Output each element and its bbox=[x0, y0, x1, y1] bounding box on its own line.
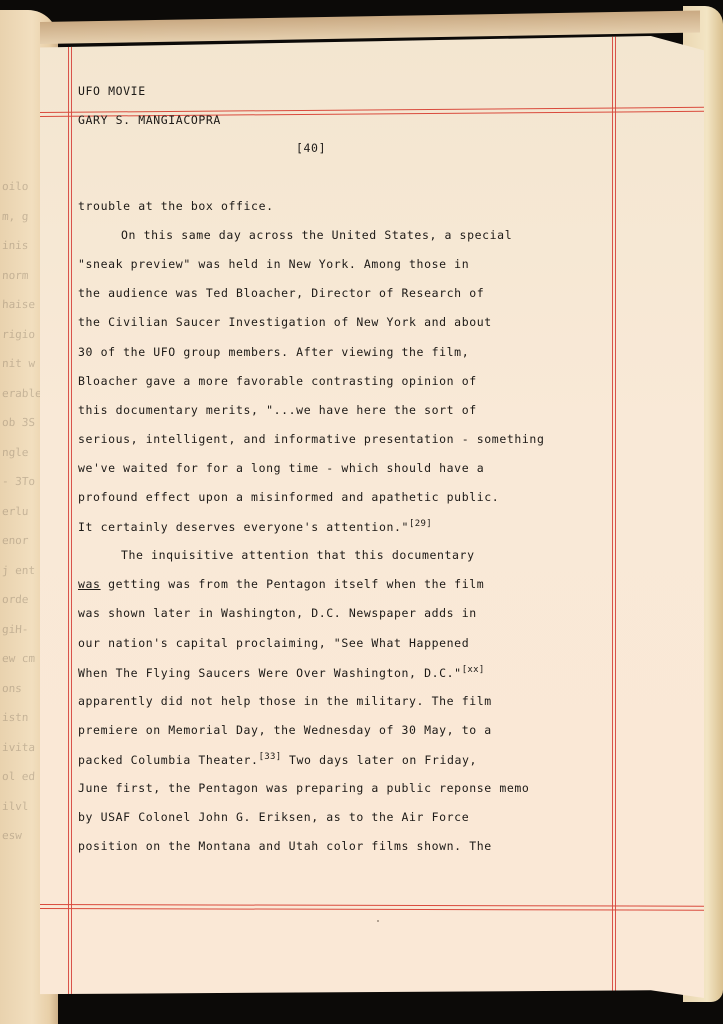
bleed-through-text: giH- bbox=[2, 623, 29, 636]
line-text: we've waited for for a long time - which… bbox=[78, 461, 484, 475]
text-line: apparently did not help those in the mil… bbox=[78, 694, 492, 708]
line-text: When The Flying Saucers Were Over Washin… bbox=[78, 666, 462, 680]
line-text: serious, intelligent, and informative pr… bbox=[78, 432, 544, 446]
text-line: our nation's capital proclaiming, "See W… bbox=[78, 636, 469, 650]
line-text: apparently did not help those in the mil… bbox=[78, 694, 492, 708]
book-photo: oilom, ginisnormhaiserigionit werableob … bbox=[0, 0, 723, 1024]
bleed-through-text: ob 3S bbox=[2, 416, 36, 429]
line-text: getting was from the Pentagon itself whe… bbox=[101, 577, 485, 591]
line-text: this documentary merits, "...we have her… bbox=[78, 403, 477, 417]
text-line: It certainly deserves everyone's attenti… bbox=[78, 519, 432, 534]
bleed-through-text: orde bbox=[2, 593, 29, 606]
text-line: was getting was from the Pentagon itself… bbox=[78, 577, 484, 591]
text-line: was shown later in Washington, D.C. News… bbox=[78, 606, 477, 620]
paper-speck bbox=[377, 920, 379, 922]
text-line: When The Flying Saucers Were Over Washin… bbox=[78, 665, 485, 680]
line-text: was shown later in Washington, D.C. News… bbox=[78, 606, 477, 620]
bleed-through-text: norm bbox=[2, 269, 29, 282]
line-text: packed Columbia Theater. bbox=[78, 753, 259, 767]
text-line: Bloacher gave a more favorable contrasti… bbox=[78, 374, 477, 388]
page-number: [40] bbox=[296, 141, 326, 155]
bleed-through-text: inis bbox=[2, 239, 29, 252]
text-line: this documentary merits, "...we have her… bbox=[78, 403, 477, 417]
text-line: On this same day across the United State… bbox=[78, 228, 512, 242]
bleed-through-text: m, g bbox=[2, 210, 29, 223]
text-line: by USAF Colonel John G. Eriksen, as to t… bbox=[78, 810, 469, 824]
line-text: It certainly deserves everyone's attenti… bbox=[78, 520, 409, 534]
text-line: the Civilian Saucer Investigation of New… bbox=[78, 315, 492, 329]
footnote-ref: [xx] bbox=[462, 665, 485, 675]
manuscript-page: UFO MOVIE GARY S. MANGIACOPRA [40] troub… bbox=[40, 36, 704, 998]
bottom-margin-rule bbox=[40, 904, 704, 911]
text-line: serious, intelligent, and informative pr… bbox=[78, 432, 544, 446]
bleed-through-text: esw bbox=[2, 829, 23, 842]
bleed-through-text: ivita bbox=[2, 741, 36, 754]
line-text: premiere on Memorial Day, the Wednesday … bbox=[78, 723, 492, 737]
line-text: trouble at the box office. bbox=[78, 199, 274, 213]
text-line: "sneak preview" was held in New York. Am… bbox=[78, 257, 469, 271]
bleed-through-text: ons bbox=[2, 682, 23, 695]
running-title: UFO MOVIE bbox=[78, 84, 146, 98]
footnote-ref: [29] bbox=[409, 519, 432, 529]
text-line: the audience was Ted Bloacher, Director … bbox=[78, 286, 484, 300]
right-margin-rule bbox=[612, 36, 616, 998]
line-text: by USAF Colonel John G. Eriksen, as to t… bbox=[78, 810, 469, 824]
line-text: On this same day across the United State… bbox=[121, 228, 512, 242]
text-line: June first, the Pentagon was preparing a… bbox=[78, 781, 529, 795]
bleed-through-text: ol ed bbox=[2, 770, 36, 783]
bleed-through-text: rigio bbox=[2, 328, 36, 341]
text-line: packed Columbia Theater.[33] Two days la… bbox=[78, 752, 477, 767]
bleed-through-text: - 3To bbox=[2, 475, 36, 488]
bleed-through-text: enor bbox=[2, 534, 29, 547]
footnote-ref: [33] bbox=[259, 752, 282, 762]
line-text: our nation's capital proclaiming, "See W… bbox=[78, 636, 469, 650]
text-line: position on the Montana and Utah color f… bbox=[78, 839, 492, 853]
text-line: trouble at the box office. bbox=[78, 199, 274, 213]
underlined-word: was bbox=[78, 577, 101, 591]
bleed-through-text: oilo bbox=[2, 180, 29, 193]
line-text: position on the Montana and Utah color f… bbox=[78, 839, 492, 853]
line-text: "sneak preview" was held in New York. Am… bbox=[78, 257, 469, 271]
bleed-through-text: j ent bbox=[2, 564, 36, 577]
bleed-through-text: ilvl bbox=[2, 800, 29, 813]
bleed-through-text: ngle bbox=[2, 446, 29, 459]
line-text: the audience was Ted Bloacher, Director … bbox=[78, 286, 484, 300]
bleed-through-text: haise bbox=[2, 298, 36, 311]
line-text: 30 of the UFO group members. After viewi… bbox=[78, 345, 469, 359]
text-line: profound effect upon a misinformed and a… bbox=[78, 490, 499, 504]
line-text: Two days later on Friday, bbox=[281, 753, 477, 767]
bleed-through-text: erable bbox=[2, 387, 42, 400]
text-line: The inquisitive attention that this docu… bbox=[78, 548, 475, 562]
line-text: The inquisitive attention that this docu… bbox=[121, 548, 475, 562]
line-text: June first, the Pentagon was preparing a… bbox=[78, 781, 529, 795]
text-line: 30 of the UFO group members. After viewi… bbox=[78, 345, 469, 359]
line-text: profound effect upon a misinformed and a… bbox=[78, 490, 499, 504]
left-margin-rule bbox=[68, 36, 72, 998]
bleed-through-text: ew cm bbox=[2, 652, 36, 665]
bleed-through-text: nit w bbox=[2, 357, 36, 370]
bleed-through-text: erlu bbox=[2, 505, 29, 518]
line-text: Bloacher gave a more favorable contrasti… bbox=[78, 374, 477, 388]
author-name: GARY S. MANGIACOPRA bbox=[78, 113, 221, 127]
text-line: premiere on Memorial Day, the Wednesday … bbox=[78, 723, 492, 737]
bleed-through-text: istn bbox=[2, 711, 29, 724]
line-text: the Civilian Saucer Investigation of New… bbox=[78, 315, 492, 329]
text-line: we've waited for for a long time - which… bbox=[78, 461, 484, 475]
